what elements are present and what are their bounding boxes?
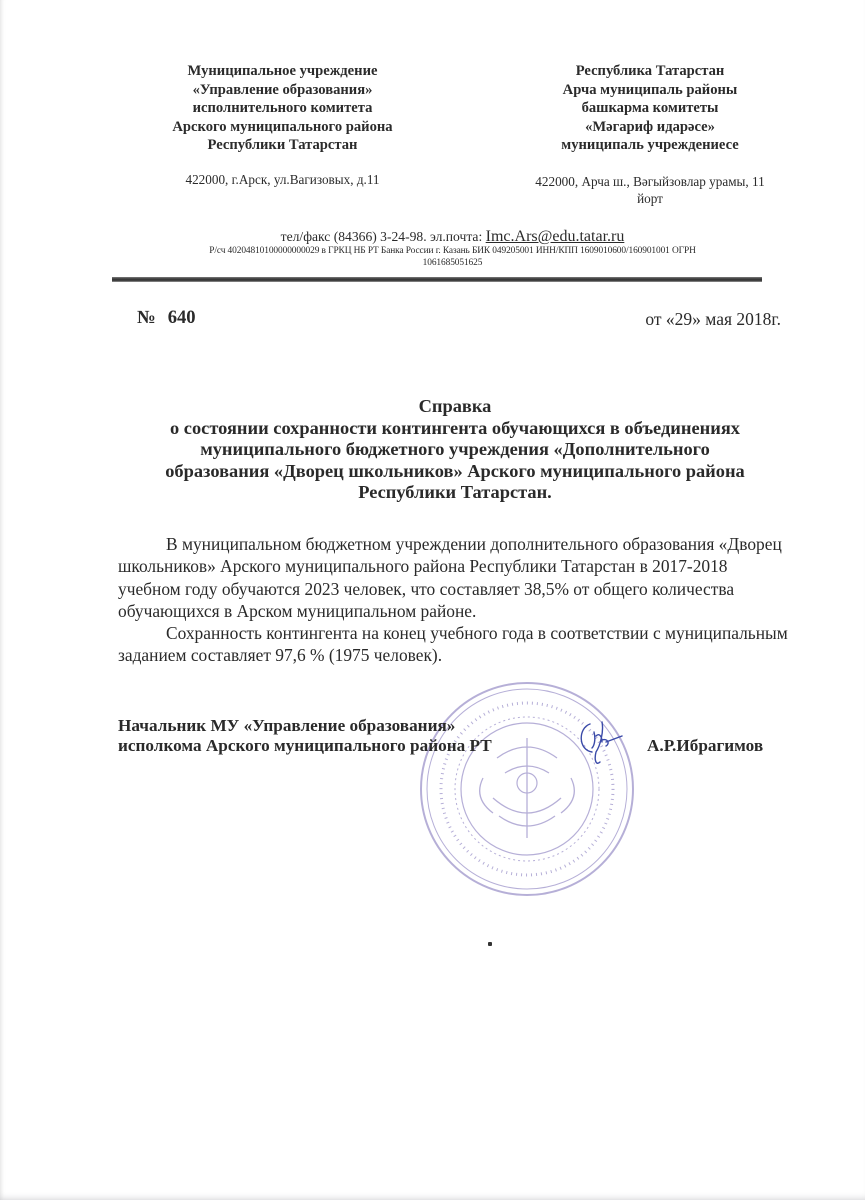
number-sign: № [137,307,156,328]
header-right-line: Республика Татарстан [505,62,795,81]
header-right-address: 422000, Арча ш., Вәгыйзовлар урамы, 11 й… [505,173,795,207]
email-link[interactable]: Imc.Ars@edu.tatar.ru [486,228,625,245]
contacts-block: тел/факс (84366) 3-24-98. эл.почта: Imc.… [120,229,785,269]
official-seal-stamp-icon [413,678,641,900]
title-line: о состоянии сохранности контингента обуч… [110,418,800,440]
header-left-line: Арского муниципального района [140,118,425,137]
header-left-russian: Муниципальное учреждение «Управление обр… [140,62,425,188]
header-right-address-line: 422000, Арча ш., Вәгыйзовлар урамы, 11 [505,173,795,190]
bank-details-line: Р/сч 40204810100000000029 в ГРКЦ НБ РТ Б… [120,245,785,257]
header-right-line: башкарма комитеты [505,99,795,118]
signature-block: Начальник МУ «Управление образования» ис… [118,716,818,756]
document-number: №640 [137,307,196,329]
title-line: образования «Дворец школьников» Арского … [110,461,800,483]
body-paragraph: В муниципальном бюджетном учреждении доп… [118,533,788,622]
header-right-address-line: йорт [505,190,795,207]
bank-details-ogrn: 1061685051625 [120,257,785,269]
header-right-line: муниципаль учреждениесе [505,136,795,155]
header-divider [112,277,762,282]
header-right-line: «Мәгариф идарәсе» [505,118,795,137]
tel-fax: тел/факс (84366) 3-24-98. эл.почта: [281,229,486,244]
header-left-line: Республики Татарстан [140,136,425,155]
tel-email-line: тел/факс (84366) 3-24-98. эл.почта: Imc.… [120,229,785,245]
header-left-line: «Управление образования» [140,81,425,100]
header-right-line: Арча муниципаль районы [505,81,795,100]
document-body: В муниципальном бюджетном учреждении доп… [118,533,788,667]
document-title: Справка о состоянии сохранности континге… [110,396,800,504]
body-paragraph: Сохранность контингента на конец учебног… [118,622,788,667]
scan-speck [488,942,492,946]
signer-name: А.Р.Ибрагимов [647,736,763,756]
title-line: Республики Татарстан. [110,482,800,504]
header-left-line: исполнительного комитета [140,99,425,118]
document-date: от «29» мая 2018г. [645,309,781,330]
title-line: муниципального бюджетного учреждения «До… [110,439,800,461]
letter-page: Муниципальное учреждение «Управление обр… [0,0,865,1200]
header-right-tatar: Республика Татарстан Арча муниципаль рай… [505,62,795,207]
number-value: 640 [168,307,196,328]
header-left-line: Муниципальное учреждение [140,62,425,81]
header-left-address: 422000, г.Арск, ул.Вагизовых, д.11 [140,171,425,188]
title-heading: Справка [110,396,800,418]
signer-position: Начальник МУ «Управление образования» [118,716,818,736]
